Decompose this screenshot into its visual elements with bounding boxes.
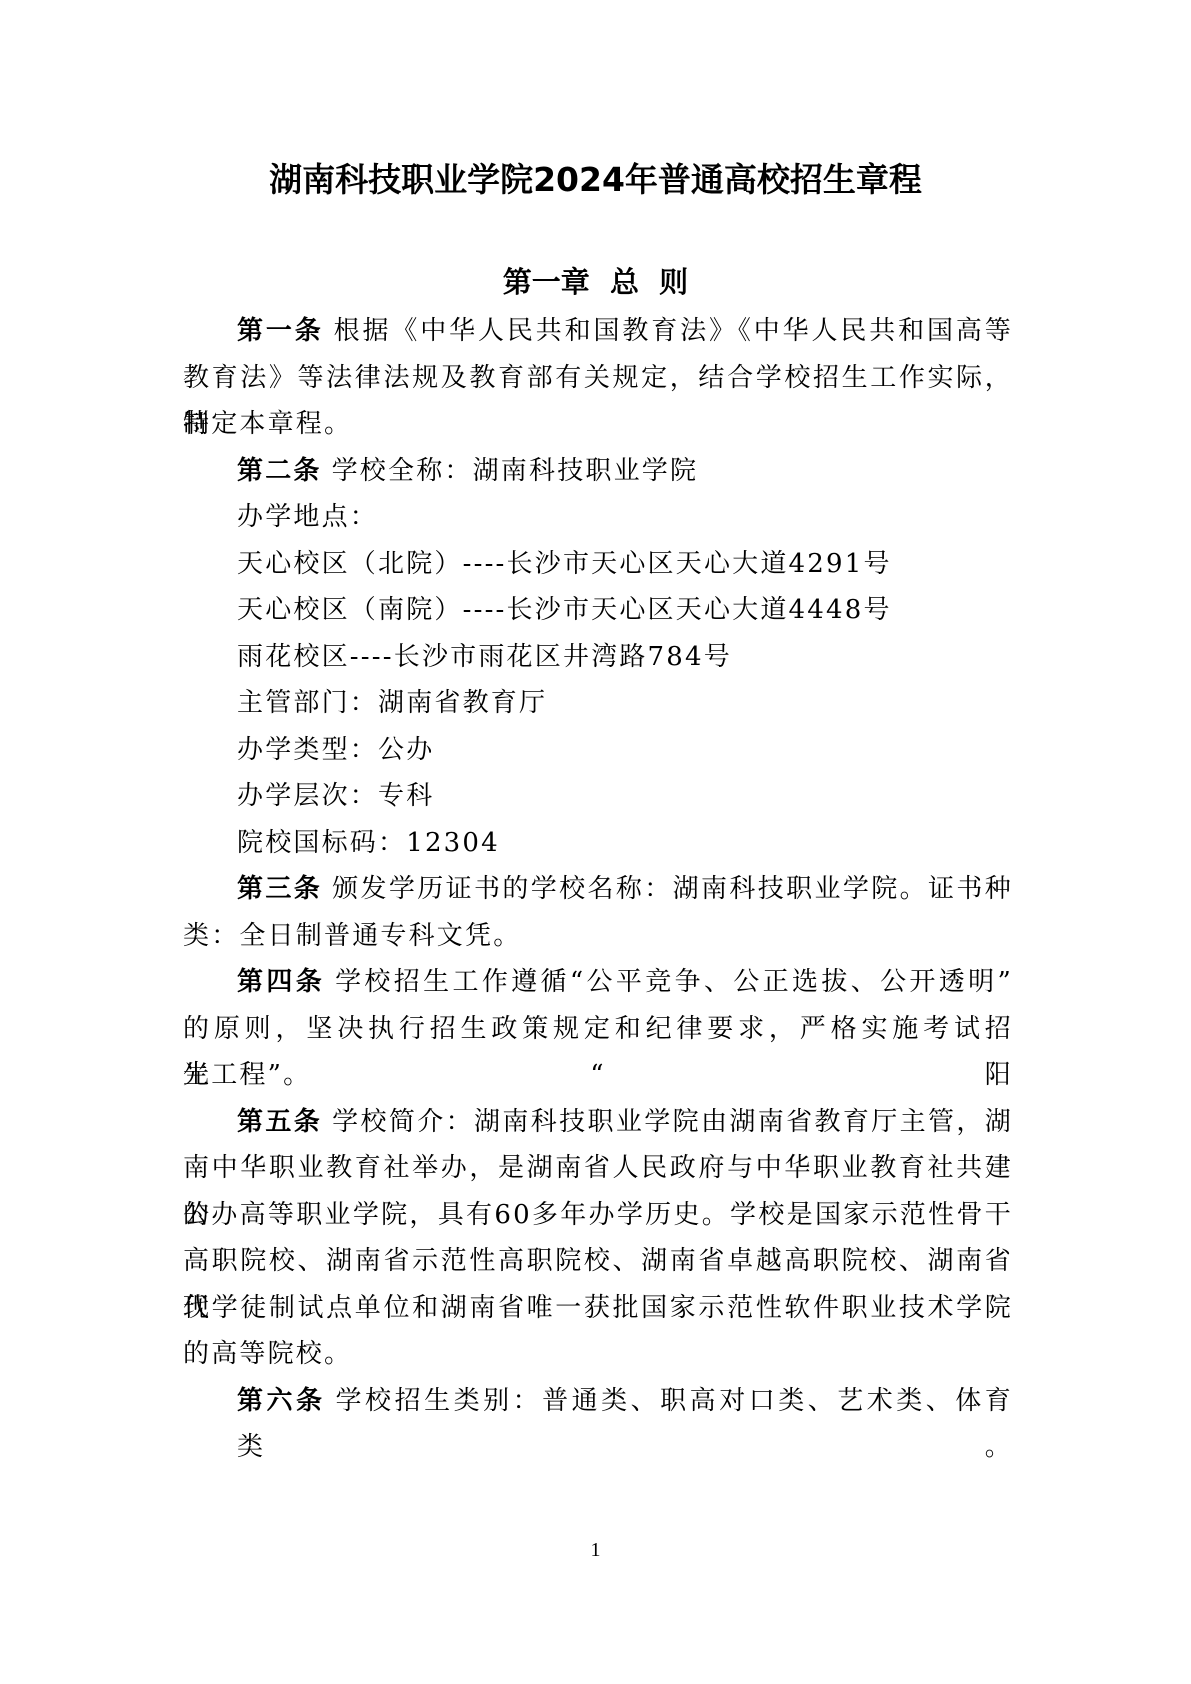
school-code: 院校国标码：12304 <box>183 820 1013 867</box>
campus-tianxin-north: 天心校区（北院）----长沙市天心区天心大道4291号 <box>183 541 1013 588</box>
page-number: 1 <box>0 1538 1191 1562</box>
article-1-line-3: 制定本章程。 <box>183 401 1013 448</box>
school-type: 办学类型：公办 <box>183 727 1013 774</box>
paragraph-text: 天心校区（北院）----长沙市天心区天心大道4291号 <box>237 549 892 579</box>
article-label: 第六条 <box>237 1386 326 1416</box>
supervising-department: 主管部门：湖南省教育厅 <box>183 680 1013 727</box>
article-5-line-1: 第五条学校简介：湖南科技职业学院由湖南省教育厅主管，湖 <box>183 1099 1013 1146</box>
article-1-line-1: 第一条根据《中华人民共和国教育法》《中华人民共和国高等 <box>183 308 1013 355</box>
paragraph-text: 办学层次：专科 <box>237 781 434 811</box>
school-level: 办学层次：专科 <box>183 773 1013 820</box>
article-6-line-1: 第六条学校招生类别：普通类、职高对口类、艺术类、体育类。 <box>183 1378 1013 1425</box>
article-3-line-2: 类：全日制普通专科文凭。 <box>183 913 1013 960</box>
document-title: 湖南科技职业学院2024年普通高校招生章程 <box>0 160 1191 200</box>
paragraph-text: 光工程”。 <box>183 1060 311 1090</box>
paragraph-text: 学校招生工作遵循“公平竞争、公正选拔、公开透明” <box>335 967 1013 997</box>
campus-tianxin-south: 天心校区（南院）----长沙市天心区天心大道4448号 <box>183 587 1013 634</box>
article-4-line-2: 的原则，坚决执行招生政策规定和纪律要求，严格实施考试招生“阳 <box>183 1006 1013 1053</box>
article-5-line-5: 代学徒制试点单位和湖南省唯一获批国家示范性软件职业技术学院 <box>183 1285 1013 1332</box>
campus-heading: 办学地点： <box>183 494 1013 541</box>
article-label: 第五条 <box>237 1107 322 1137</box>
article-label: 第三条 <box>237 874 322 904</box>
paragraph-text: 天心校区（南院）----长沙市天心区天心大道4448号 <box>237 595 892 625</box>
article-5-line-3: 公办高等职业学院，具有60多年办学历史。学校是国家示范性骨干 <box>183 1192 1013 1239</box>
paragraph-text: 公办高等职业学院，具有60多年办学历史。学校是国家示范性骨干 <box>183 1200 1013 1230</box>
article-5-line-6: 的高等院校。 <box>183 1331 1013 1378</box>
paragraph-text: 办学类型：公办 <box>237 735 434 765</box>
paragraph-text: 雨花校区----长沙市雨花区井湾路784号 <box>237 642 732 672</box>
article-label: 第二条 <box>237 456 322 486</box>
paragraph-text: 学校招生类别：普通类、职高对口类、艺术类、体育类。 <box>237 1386 1013 1463</box>
document-page: 湖南科技职业学院2024年普通高校招生章程 第一章 总 则 第一条根据《中华人民… <box>0 0 1191 1684</box>
paragraph-text: 院校国标码：12304 <box>237 828 500 858</box>
article-5-line-4: 高职院校、湖南省示范性高职院校、湖南省卓越高职院校、湖南省现 <box>183 1238 1013 1285</box>
document-body: 第一条根据《中华人民共和国教育法》《中华人民共和国高等 教育法》等法律法规及教育… <box>183 308 1013 1424</box>
article-label: 第四条 <box>237 967 325 997</box>
paragraph-text: 办学地点： <box>237 502 378 532</box>
paragraph-text: 类：全日制普通专科文凭。 <box>183 921 521 951</box>
paragraph-text: 根据《中华人民共和国教育法》《中华人民共和国高等 <box>334 316 1013 346</box>
paragraph-text: 制定本章程。 <box>183 409 352 439</box>
paragraph-text: 学校全称：湖南科技职业学院 <box>332 456 699 486</box>
article-5-line-2: 南中华职业教育社举办，是湖南省人民政府与中华职业教育社共建的 <box>183 1145 1013 1192</box>
article-label: 第一条 <box>237 316 324 346</box>
article-1-line-2: 教育法》等法律法规及教育部有关规定，结合学校招生工作实际，特 <box>183 355 1013 402</box>
paragraph-text: 颁发学历证书的学校名称：湖南科技职业学院。证书种 <box>332 874 1013 904</box>
paragraph-text: 学校简介：湖南科技职业学院由湖南省教育厅主管，湖 <box>332 1107 1013 1137</box>
paragraph-text: 主管部门：湖南省教育厅 <box>237 688 547 718</box>
paragraph-text: 代学徒制试点单位和湖南省唯一获批国家示范性软件职业技术学院 <box>183 1293 1013 1323</box>
chapter-heading: 第一章 总 则 <box>0 262 1191 302</box>
paragraph-text: 的高等院校。 <box>183 1339 352 1369</box>
article-2-line-1: 第二条学校全称：湖南科技职业学院 <box>183 448 1013 495</box>
article-3-line-1: 第三条颁发学历证书的学校名称：湖南科技职业学院。证书种 <box>183 866 1013 913</box>
article-4-line-1: 第四条学校招生工作遵循“公平竞争、公正选拔、公开透明” <box>183 959 1013 1006</box>
campus-yuhua: 雨花校区----长沙市雨花区井湾路784号 <box>183 634 1013 681</box>
